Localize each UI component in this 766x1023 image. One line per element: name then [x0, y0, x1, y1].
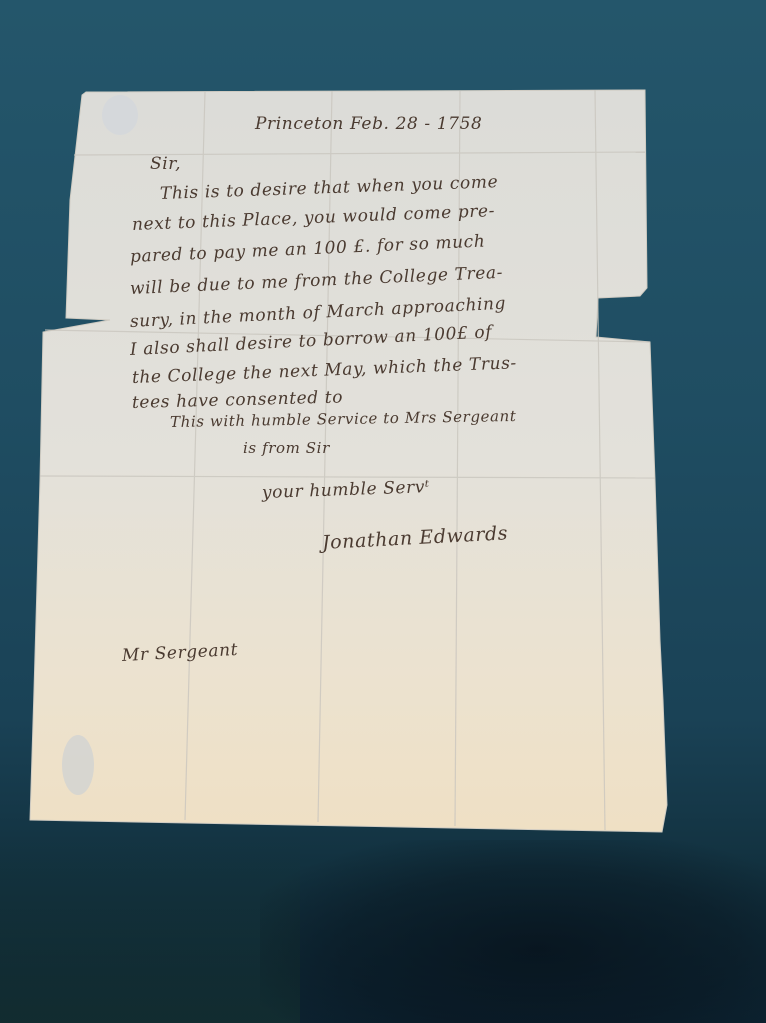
- salutation: Sir,: [150, 154, 181, 174]
- dateline: Princeton Feb. 28 - 1758: [255, 114, 482, 134]
- paper-sheet-shape: [0, 0, 766, 1023]
- letter-paper: Princeton Feb. 28 - 1758 Sir, This is to…: [0, 0, 766, 1023]
- from-line: is from Sir: [243, 439, 330, 457]
